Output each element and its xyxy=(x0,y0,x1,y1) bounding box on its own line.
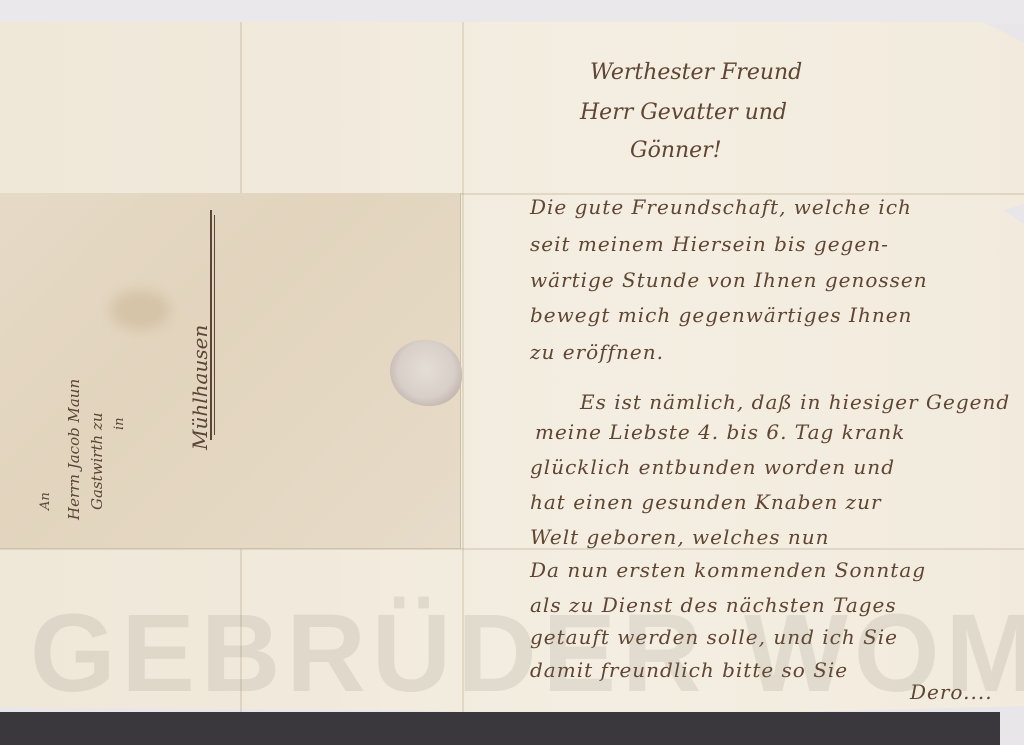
body-line: zu eröffnen. xyxy=(530,340,664,364)
salutation-line: Werthester Freund xyxy=(590,60,802,85)
address-line: Herrn Jacob Maun xyxy=(65,379,83,520)
salutation-line: Gönner! xyxy=(630,138,722,163)
wax-seal-remnant xyxy=(390,340,462,406)
address-line: in xyxy=(112,417,127,430)
address-underline xyxy=(214,215,215,435)
scan-background-corner xyxy=(1000,712,1024,745)
body-line: Welt geboren, welches nun xyxy=(530,525,830,549)
body-line: bewegt mich gegenwärtiges Ihnen xyxy=(530,303,912,327)
body-line: wärtige Stunde von Ihnen genossen xyxy=(530,268,928,292)
scan-background-bottom xyxy=(0,712,1000,745)
body-line: hat einen gesunden Knaben zur xyxy=(530,490,882,514)
scan-background-top xyxy=(0,0,1024,24)
address-destination: Mühlhausen xyxy=(188,325,212,450)
body-line: Es ist nämlich, daß in hiesiger Gegend xyxy=(580,390,1010,414)
watermark: GEBRÜDER WOMMER xyxy=(30,590,1024,717)
body-line: Da nun ersten kommenden Sonntag xyxy=(530,558,926,582)
address-line: An xyxy=(38,492,53,510)
address-underline xyxy=(210,210,212,440)
body-line: meine Liebste 4. bis 6. Tag krank xyxy=(535,420,905,444)
salutation-line: Herr Gevatter und xyxy=(580,100,787,125)
address-block: An Herrn Jacob Maun Gastwirth zu in Mühl… xyxy=(20,210,220,530)
body-line: seit meinem Hiersein bis gegen- xyxy=(530,232,889,256)
address-line: Gastwirth zu xyxy=(88,413,106,510)
body-line: glücklich entbunden worden und xyxy=(530,455,895,479)
body-line: Die gute Freundschaft, welche ich xyxy=(530,195,912,219)
